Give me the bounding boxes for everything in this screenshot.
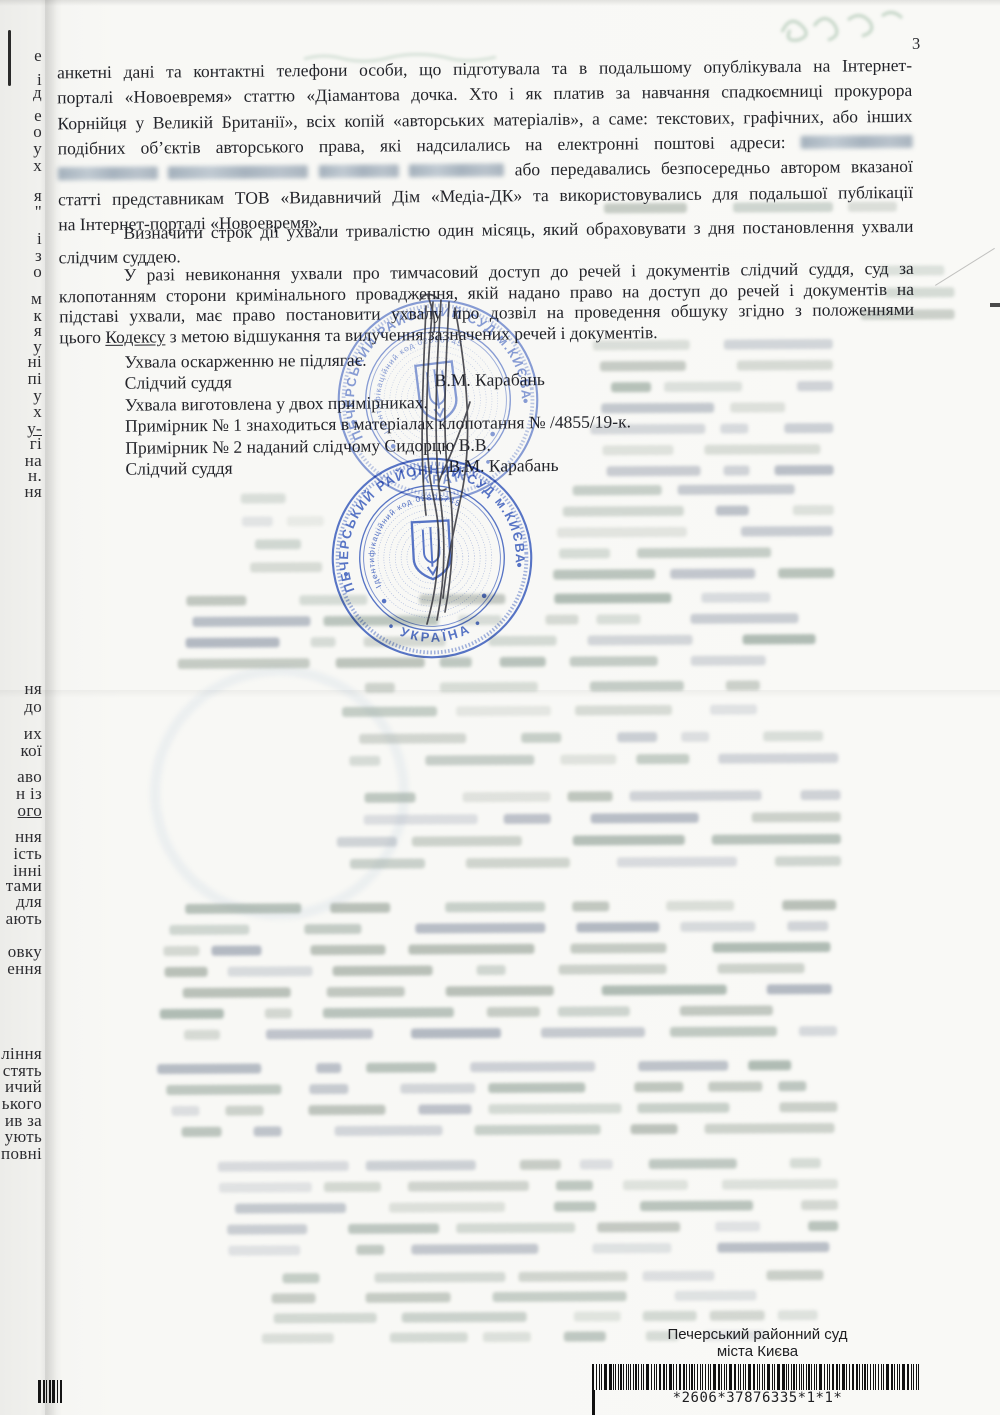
barcode-bar — [700, 1364, 701, 1390]
barcode-bar — [592, 1390, 595, 1415]
bleedthrough-line — [271, 1293, 316, 1303]
barcode-bar — [599, 1364, 600, 1390]
bleedthrough-line — [416, 923, 545, 934]
bleedthrough-line — [439, 657, 471, 667]
bleedthrough-line — [630, 1124, 677, 1134]
barcode-bar — [753, 1364, 755, 1390]
bleedthrough-line — [266, 1029, 374, 1040]
bleedthrough-line — [553, 569, 656, 580]
bleedthrough-line — [160, 1009, 224, 1019]
barcode-bar — [626, 1364, 627, 1390]
bleedthrough-line — [572, 901, 609, 911]
bleedthrough-line — [185, 903, 302, 914]
bleedthrough-line — [588, 635, 692, 646]
barcode-bar — [666, 1364, 667, 1390]
redacted-email-blur — [319, 165, 399, 179]
bleedthrough-line — [474, 1124, 600, 1135]
under-page-fragment: ня — [0, 482, 42, 502]
seal-ring-text: ПЕЧЕРСЬКИЙ РАЙОННИЙ СУД м.КИЄВА — [331, 457, 529, 595]
handwriting-ghost-mark — [770, 2, 920, 57]
barcode-bar — [764, 1364, 765, 1390]
bleedthrough-line — [590, 681, 684, 692]
bleedthrough-line — [330, 903, 390, 913]
barcode-bar — [663, 1364, 665, 1390]
bleedthrough-line — [718, 963, 805, 974]
under-page-fragment: е — [0, 46, 42, 66]
barcode-bar — [767, 1364, 770, 1390]
bleedthrough-line — [560, 754, 616, 764]
bleedthrough-line — [712, 942, 830, 953]
redacted-email-blur — [801, 135, 913, 149]
barcode-bar — [870, 1364, 871, 1390]
barcode-bar — [788, 1364, 789, 1390]
bleedthrough-line — [356, 1245, 384, 1255]
bleedthrough-line — [374, 1272, 505, 1283]
bleedthrough-line — [456, 1223, 574, 1234]
bleedthrough-line — [166, 1084, 281, 1095]
bleedthrough-line — [440, 682, 538, 693]
barcode-bar — [57, 1380, 58, 1403]
under-page-fragment: ня — [0, 679, 42, 699]
barcode-bar — [806, 1364, 807, 1390]
barcode-bar — [721, 1364, 722, 1390]
bleedthrough-line — [726, 680, 760, 690]
bleedthrough-line — [342, 706, 437, 717]
barcode-bar — [829, 1364, 830, 1390]
text-line: порталі «Новоевремя» статтю «Діамантова … — [57, 80, 912, 108]
barcode-bar — [710, 1364, 711, 1390]
barcode-bar — [673, 1364, 674, 1390]
bleedthrough-line — [466, 858, 570, 869]
bleedthrough-line — [638, 1103, 730, 1114]
court-seal-stamp-lower: ПЕЧЕРСЬКИЙ РАЙОННИЙ СУД м.КИЄВА • УКРАЇН… — [321, 447, 544, 670]
bleedthrough-line — [629, 790, 762, 801]
bleedthrough-line — [486, 1007, 539, 1017]
bleedthrough-line — [708, 1081, 762, 1091]
bleedthrough-line — [412, 836, 522, 847]
bleedthrough-line — [563, 506, 683, 517]
barcode-bar — [705, 1364, 706, 1390]
bleedthrough-line — [409, 944, 534, 955]
bleedthrough-line — [255, 539, 301, 549]
bleedthrough-line — [187, 596, 246, 606]
bleedthrough-line — [254, 1126, 282, 1136]
footer-barcode-block: Печерський районний суд міста Києва *260… — [565, 1326, 950, 1406]
bleedthrough-line — [680, 921, 755, 931]
bleedthrough-line — [389, 1202, 505, 1213]
bleedthrough-line — [598, 1222, 681, 1233]
bleedthrough-line — [504, 814, 550, 824]
barcode-bar — [759, 1364, 760, 1390]
text-line-content: Ухвала оскарженню не підлягає. — [124, 350, 366, 372]
bleedthrough-line — [350, 756, 381, 766]
barcode-bar — [689, 1364, 690, 1390]
svg-text:• УКРАЇНА •: • УКРАЇНА • — [385, 613, 487, 647]
judge-name: В.М. Карабань — [448, 455, 558, 477]
bleedthrough-line — [775, 856, 841, 866]
bleedthrough-line — [445, 902, 545, 913]
bleedthrough-line — [766, 1270, 823, 1280]
bleedthrough-line — [782, 900, 836, 910]
barcode-bar — [630, 1364, 631, 1390]
bleedthrough-line — [235, 1203, 346, 1214]
bleedthrough-line — [705, 1123, 835, 1134]
barcode-bar — [623, 1364, 624, 1390]
bleedthrough-line — [634, 1082, 684, 1092]
barcode-bar — [918, 1364, 919, 1390]
barcode-bar — [832, 1364, 834, 1390]
barcode-bar — [592, 1364, 594, 1390]
bleedthrough-line — [242, 516, 273, 526]
barcode-bar — [724, 1364, 725, 1390]
bleedthrough-line — [265, 1008, 293, 1018]
under-page-fragment: ого — [0, 801, 42, 821]
barcode-bar — [43, 1380, 45, 1403]
bleedthrough-line — [366, 1160, 476, 1171]
barcode-bar — [609, 1364, 612, 1390]
barcode-bar — [60, 1380, 62, 1403]
seal-country-text: • УКРАЇНА • — [385, 613, 487, 647]
bleedthrough-line — [365, 1292, 451, 1303]
scanned-court-document-page: еідеоухя"ізомкяуніпіуху-гінан.нянядоихко… — [0, 0, 1000, 1415]
barcode-bar — [894, 1364, 895, 1390]
barcode-bar — [883, 1364, 884, 1390]
barcode-bar — [669, 1364, 672, 1390]
barcode-bar — [713, 1364, 716, 1390]
bleedthrough-line — [364, 793, 416, 803]
bleedthrough-line — [178, 658, 310, 669]
bleedthrough-line — [555, 1180, 593, 1190]
barcode-bar — [615, 1364, 616, 1390]
horizontal-fold-crease — [0, 690, 1000, 698]
barcode-bar — [803, 1364, 804, 1390]
redacted-email-blur — [409, 164, 504, 178]
barcode — [592, 1364, 924, 1390]
bleedthrough-line — [670, 1026, 777, 1037]
bleedthrough-line — [778, 1310, 818, 1320]
bleedthrough-line — [335, 657, 424, 668]
barcode-bar — [777, 1364, 780, 1390]
bleedthrough-line — [169, 925, 250, 935]
bleedthrough-line — [426, 755, 535, 766]
barcode-bar — [726, 1364, 727, 1390]
bleedthrough-line — [678, 484, 794, 495]
text-line-content: або передавались безпосередньо автором в… — [515, 156, 913, 179]
bleedthrough-line — [767, 984, 831, 994]
bleedthrough-line — [742, 634, 816, 644]
barcode-bar — [718, 1364, 720, 1390]
barcode-bar — [52, 1380, 55, 1403]
bleedthrough-line — [400, 1083, 475, 1093]
barcode-bar — [620, 1364, 622, 1390]
bleedthrough-line — [779, 1102, 837, 1112]
barcode-bar — [852, 1364, 854, 1390]
under-page-fragment: д — [0, 83, 42, 103]
barcode-bar — [875, 1364, 876, 1390]
bleedthrough-line — [211, 945, 261, 955]
bleedthrough-line — [790, 1158, 821, 1168]
barcode-bar — [878, 1364, 879, 1390]
bleedthrough-line — [670, 568, 755, 579]
barcode-bar — [774, 1364, 775, 1390]
footer-court-name: Печерський районний суд — [565, 1326, 950, 1343]
bleedthrough-line — [558, 1006, 631, 1016]
barcode-bar — [738, 1364, 739, 1390]
barcode-bar — [46, 1380, 47, 1403]
barcode-bar — [827, 1364, 828, 1390]
barcode-bar — [846, 1364, 847, 1390]
bleedthrough-line — [364, 636, 446, 647]
bleedthrough-line — [456, 706, 551, 717]
barcode-bar — [791, 1364, 792, 1390]
mini-barcode-fragment — [38, 1380, 62, 1403]
barcode-bar — [897, 1364, 898, 1390]
diagonal-crease — [935, 248, 995, 286]
page-number: 3 — [912, 34, 920, 54]
bleedthrough-line — [419, 594, 505, 605]
barcode-bar — [867, 1364, 868, 1390]
barcode-bar — [796, 1364, 797, 1390]
bleedthrough-line — [165, 967, 208, 977]
bleedthrough-line — [227, 966, 312, 977]
bleedthrough-line — [182, 1127, 222, 1137]
barcode-bar — [686, 1364, 687, 1390]
bleedthrough-line — [787, 921, 829, 931]
bleedthrough-line — [792, 505, 833, 515]
scan-edge-dash — [990, 303, 1000, 307]
under-page-fragment: ають — [0, 909, 42, 929]
bleedthrough-line — [701, 592, 770, 602]
bleedthrough-line — [316, 1063, 342, 1073]
bleedthrough-line — [597, 614, 641, 624]
bleedthrough-line — [541, 1027, 646, 1038]
under-page-fragment: о — [0, 262, 42, 282]
barcode-bar — [694, 1364, 695, 1390]
barcode-bar — [38, 1380, 41, 1403]
ghost-stamp-circle — [150, 666, 410, 921]
bleedthrough-line — [412, 1244, 539, 1255]
bleedthrough-line — [366, 1062, 436, 1072]
bleedthrough-line — [718, 1242, 829, 1253]
bleedthrough-line — [555, 593, 672, 604]
text-line-content: Слідчий суддя — [125, 372, 232, 393]
bleedthrough-line — [571, 943, 667, 954]
bleedthrough-line — [573, 1311, 621, 1321]
bleedthrough-line — [334, 1125, 443, 1136]
barcode-bar — [743, 1364, 744, 1390]
bleedthrough-line — [573, 835, 685, 846]
redacted-email-blur — [168, 165, 308, 179]
bleedthrough-line — [458, 615, 502, 625]
bleedthrough-line — [618, 732, 658, 742]
barcode-bar — [618, 1364, 619, 1390]
barcode-bar — [811, 1364, 812, 1390]
barcode-bar — [886, 1364, 889, 1390]
barcode-bar — [907, 1364, 909, 1390]
barcode-bar — [873, 1364, 874, 1390]
under-page-fragment: до — [0, 697, 42, 717]
bleedthrough-line — [716, 505, 748, 515]
barcode-bar — [679, 1364, 681, 1390]
barcode-bar — [613, 1364, 614, 1390]
bleedthrough-line — [350, 858, 425, 868]
bleedthrough-line — [499, 657, 546, 667]
bleedthrough-line — [402, 1312, 527, 1323]
barcode-bar — [808, 1364, 810, 1390]
bleedthrough-line — [262, 1333, 334, 1343]
bleedthrough-line — [709, 1310, 764, 1320]
bleedthrough-line — [226, 1105, 264, 1115]
bleedthrough-line — [493, 1291, 627, 1302]
barcode-bar — [691, 1364, 693, 1390]
bleedthrough-line — [718, 753, 838, 764]
text-line-content: анкетні дані та контактні телефони особи… — [57, 55, 912, 82]
under-page-fragment: " — [0, 202, 42, 222]
bleedthrough-line — [681, 732, 709, 742]
bleedthrough-line — [470, 1061, 595, 1072]
bleedthrough-line — [483, 1332, 531, 1342]
barcode-bar — [729, 1364, 732, 1390]
bleedthrough-line — [808, 1221, 838, 1231]
bleedthrough-line — [560, 548, 611, 558]
barcode-bar — [881, 1364, 882, 1390]
bleedthrough-line — [591, 813, 699, 824]
bleedthrough-line — [327, 987, 405, 997]
bleedthrough-line — [158, 1063, 262, 1074]
barcode-bar — [604, 1364, 607, 1390]
bleedthrough-line — [643, 1271, 715, 1281]
barcode-bar — [786, 1364, 787, 1390]
barcode-bar — [772, 1364, 773, 1390]
bleedthrough-line — [572, 485, 661, 496]
judge-name: В.М. Карабань — [435, 369, 545, 391]
bleedthrough-line — [623, 1180, 687, 1190]
barcode-bar — [862, 1364, 863, 1390]
bleedthrough-line — [488, 1082, 584, 1093]
vertical-fold-crease — [45, 0, 61, 1415]
bleedthrough-line — [575, 705, 673, 716]
barcode-bar — [638, 1364, 639, 1390]
bleedthrough-line — [568, 791, 613, 801]
bleedthrough-line — [554, 1201, 596, 1211]
bleedthrough-line — [741, 526, 833, 537]
bleedthrough-line — [638, 1061, 728, 1072]
bleedthrough-line — [545, 615, 578, 625]
under-page-fragment: ення — [0, 959, 42, 979]
text-line-content: цього Кодексу з метою відшукання та вилу… — [59, 322, 657, 347]
bleedthrough-line — [311, 945, 385, 955]
bleedthrough-line — [521, 733, 561, 743]
bleedthrough-line — [164, 946, 200, 956]
barcode-bar — [819, 1364, 822, 1390]
barcode-bar — [816, 1364, 817, 1390]
barcode-bar — [856, 1364, 858, 1390]
bleedthrough-line — [637, 547, 771, 558]
barcode-bar — [654, 1364, 655, 1390]
court-seal-icon: ПЕЧЕРСЬКИЙ РАЙОННИЙ СУД м.КИЄВА • УКРАЇН… — [321, 447, 544, 670]
bleedthrough-line — [801, 790, 841, 800]
bleedthrough-line — [310, 637, 336, 647]
barcode-bar — [740, 1364, 741, 1390]
barcode-bar — [641, 1364, 642, 1390]
bleedthrough-line — [418, 1104, 471, 1114]
bleedthrough-line — [282, 1273, 319, 1283]
bleedthrough-line — [228, 1224, 308, 1234]
bleedthrough-line — [489, 636, 557, 646]
bleedthrough-line — [679, 1005, 772, 1016]
bleedthrough-line — [324, 1182, 381, 1192]
barcode-bar — [859, 1364, 860, 1390]
bleedthrough-line — [649, 1159, 737, 1170]
barcode-bar — [801, 1364, 802, 1390]
barcode-bar — [762, 1364, 763, 1390]
bleedthrough-line — [580, 1159, 613, 1169]
text-line: подібних об’єктів авторського права, які… — [58, 131, 913, 159]
footer-court-city: міста Києва — [565, 1343, 950, 1360]
bleedthrough-line — [348, 1223, 439, 1234]
text-line: Корнійця у Великій Британії», всіх копій… — [57, 105, 912, 133]
bleedthrough-line — [570, 656, 658, 667]
barcode-bar — [628, 1364, 629, 1390]
barcode-bar — [708, 1364, 709, 1390]
bleedthrough-line — [643, 1311, 697, 1321]
bleedthrough-line — [218, 1161, 349, 1172]
bleedthrough-line — [749, 1060, 791, 1070]
bleedthrough-line — [309, 1105, 385, 1115]
bleedthrough-line — [519, 1271, 628, 1282]
barcode-bar — [916, 1364, 917, 1390]
bleedthrough-line — [592, 1243, 671, 1253]
barcode-bar — [913, 1364, 914, 1390]
bleedthrough-line — [778, 568, 834, 578]
text-line-content: порталі «Новоевремя» статтю «Діамантова … — [57, 80, 912, 107]
barcode-bar — [646, 1364, 649, 1390]
bleedthrough-line — [778, 1081, 807, 1091]
bleedthrough-line — [323, 1007, 454, 1018]
barcode-bar — [745, 1364, 746, 1390]
barcode-bar — [683, 1364, 685, 1390]
bleedthrough-line — [363, 814, 477, 825]
barcode-bar — [601, 1364, 602, 1390]
barcode-bar — [836, 1364, 838, 1390]
bleedthrough-line — [274, 1313, 377, 1324]
text-line-content: Примірник № 1 знаходиться в матеріалах к… — [125, 412, 631, 436]
bleedthrough-line — [186, 637, 280, 648]
bleedthrough-line — [365, 683, 396, 693]
svg-text:ПЕЧЕРСЬКИЙ РАЙОННИЙ СУД м.К: ПЕЧЕРСЬКИЙ РАЙОННИЙ СУД м.КИЄВА — [331, 457, 529, 595]
bleedthrough-line — [241, 493, 286, 503]
text-line: анкетні дані та контактні телефони особи… — [57, 55, 912, 83]
barcode-bar — [697, 1364, 698, 1390]
bleedthrough-line — [601, 985, 726, 996]
barcode-bar — [842, 1364, 845, 1390]
text-line: статті представникам ТОВ «Видавничий Дім… — [58, 181, 913, 209]
barcode-bar — [49, 1380, 51, 1403]
bleedthrough-line — [333, 965, 433, 976]
bleedthrough-line — [305, 924, 362, 934]
bleedthrough-line — [801, 1200, 838, 1210]
bleedthrough-line — [219, 1182, 312, 1193]
bleedthrough-line — [691, 655, 766, 665]
barcode-bar — [676, 1364, 677, 1390]
redacted-email-blur — [58, 167, 158, 181]
barcode-bar — [839, 1364, 840, 1390]
barcode-bar — [814, 1364, 815, 1390]
bleedthrough-line — [557, 527, 687, 538]
text-line-content: статті представникам ТОВ «Видавничий Дім… — [58, 181, 913, 208]
barcode-bar — [643, 1364, 644, 1390]
bleedthrough-line — [287, 516, 324, 526]
